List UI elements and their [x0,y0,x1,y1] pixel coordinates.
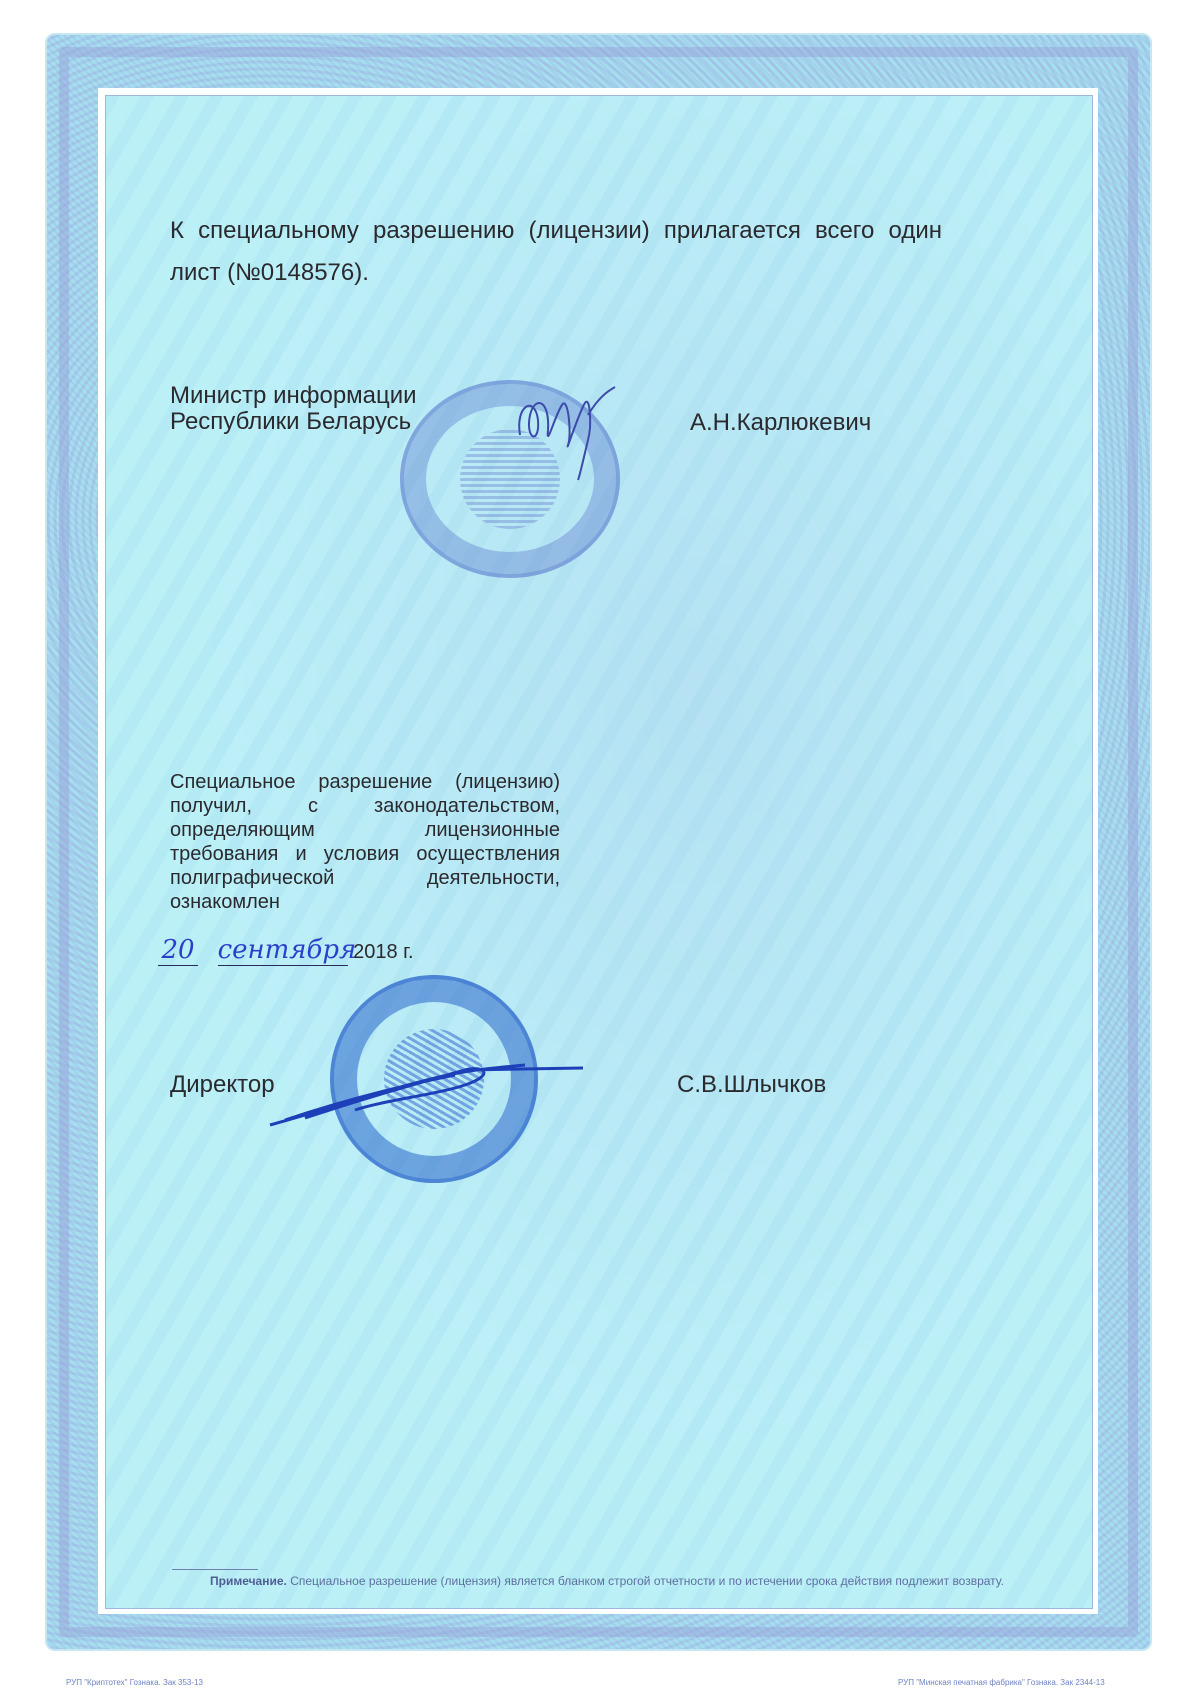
printer-imprint-right: РУП "Минская печатная фабрика" Гознака. … [898,1678,1105,1687]
date-month: сентября [218,935,348,966]
attachment-statement: К специальному разрешению (лицензии) при… [170,210,942,294]
footnote-label: Примечание. [210,1574,287,1588]
footnote: Примечание. Специальное разрешение (лице… [172,1573,1052,1589]
signatory1-title-line1: Министр информации [170,383,417,409]
signatory1-title: Министр информации Республики Беларусь [170,383,417,435]
acknowledgement-text: Специальное разрешение (лицензию) получи… [170,770,560,914]
signatory2-title: Директор [170,1071,275,1099]
signatory1-name: А.Н.Карлюкевич [690,409,871,437]
signatory1-title-line2: Республики Беларусь [170,409,417,435]
date-day: 20 [158,935,198,966]
signatory2-name: С.В.Шлычков [677,1071,826,1099]
footnote-text: Специальное разрешение (лицензия) являет… [287,1574,1004,1588]
printer-imprint-left: РУП "Криптотех" Гознака. Зак 353-13 [66,1678,203,1687]
acknowledgement-date: 20 сентября 2018 г. [158,935,414,966]
date-year: 2018 г. [353,941,413,963]
signature2-icon [265,1040,585,1130]
footnote-divider [172,1569,258,1570]
signature1-icon [510,375,620,485]
